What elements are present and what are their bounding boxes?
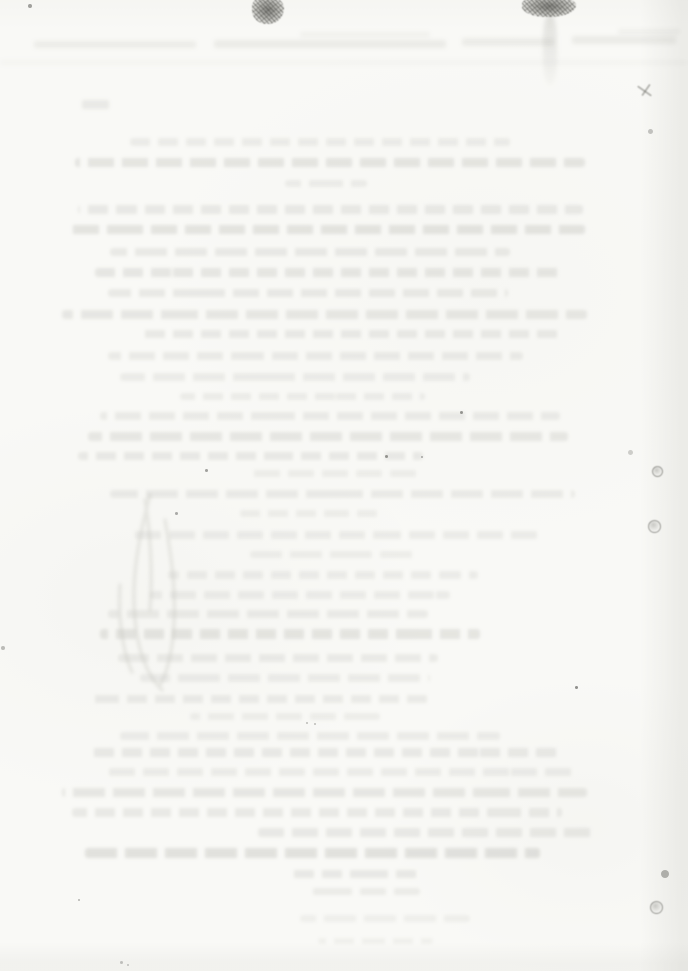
ring-mark bbox=[648, 520, 661, 533]
dust-speck bbox=[306, 722, 308, 724]
faded-text-line bbox=[318, 938, 433, 944]
bleed-text-segment bbox=[34, 41, 196, 48]
dust-speck bbox=[28, 4, 32, 8]
dust-speck bbox=[385, 455, 388, 458]
faded-text-line bbox=[120, 373, 470, 381]
ink-smudge-stem bbox=[543, 15, 557, 85]
faded-text-line bbox=[78, 452, 423, 460]
dust-speck bbox=[460, 411, 463, 414]
faded-text-line bbox=[62, 788, 587, 797]
ring-mark bbox=[650, 901, 663, 914]
faded-text-line bbox=[108, 289, 508, 297]
faded-text-line bbox=[140, 330, 560, 338]
faded-text-line bbox=[90, 748, 560, 757]
faded-text-line bbox=[85, 848, 540, 858]
bleed-text-segment bbox=[462, 38, 554, 46]
dust-speck bbox=[421, 456, 423, 458]
bleed-text-segment bbox=[0, 60, 688, 65]
faded-text-line bbox=[300, 915, 470, 922]
faded-text-line bbox=[88, 432, 568, 441]
dust-speck bbox=[127, 964, 129, 966]
faded-text-line bbox=[290, 870, 420, 878]
ring-mark bbox=[652, 466, 663, 477]
faded-text-line bbox=[72, 808, 562, 817]
faded-text-line bbox=[75, 158, 585, 167]
bleed-text-segment bbox=[618, 29, 680, 34]
faded-text-line bbox=[130, 138, 510, 146]
dust-speck bbox=[120, 961, 123, 964]
faded-text-line bbox=[250, 470, 420, 477]
faded-text-line bbox=[240, 510, 385, 517]
faded-text-line bbox=[305, 888, 420, 895]
faded-text-line bbox=[65, 225, 585, 234]
dust-speck bbox=[628, 450, 633, 455]
ghost-figure-svg bbox=[90, 480, 240, 705]
faded-text-line bbox=[78, 205, 583, 214]
faded-text-line bbox=[110, 248, 510, 256]
ink-smudge bbox=[252, 0, 284, 24]
bleed-text-segment bbox=[300, 32, 430, 37]
faded-text-line bbox=[285, 180, 367, 187]
bleed-text-segment bbox=[572, 36, 676, 44]
faded-text-line bbox=[100, 412, 560, 420]
dust-speck bbox=[661, 870, 669, 878]
dust-speck bbox=[78, 899, 80, 901]
faded-text-line bbox=[190, 713, 380, 720]
bleed-text-segment bbox=[214, 40, 446, 48]
faded-text-line bbox=[180, 393, 425, 400]
faded-text-line bbox=[258, 828, 598, 837]
dust-speck bbox=[205, 469, 208, 472]
dust-speck bbox=[314, 723, 316, 725]
faded-text-line bbox=[120, 732, 500, 740]
faded-text-line bbox=[108, 352, 523, 360]
faded-text-line bbox=[250, 551, 420, 558]
scanned-document-page bbox=[0, 0, 688, 971]
dust-speck bbox=[575, 686, 578, 689]
dust-speck bbox=[1, 646, 5, 650]
dust-speck bbox=[175, 512, 178, 515]
page-number-smudge bbox=[82, 100, 109, 109]
faded-text-line bbox=[108, 768, 578, 776]
faded-text-line bbox=[95, 268, 565, 277]
faded-text-line bbox=[62, 310, 587, 319]
dust-speck bbox=[648, 129, 653, 134]
